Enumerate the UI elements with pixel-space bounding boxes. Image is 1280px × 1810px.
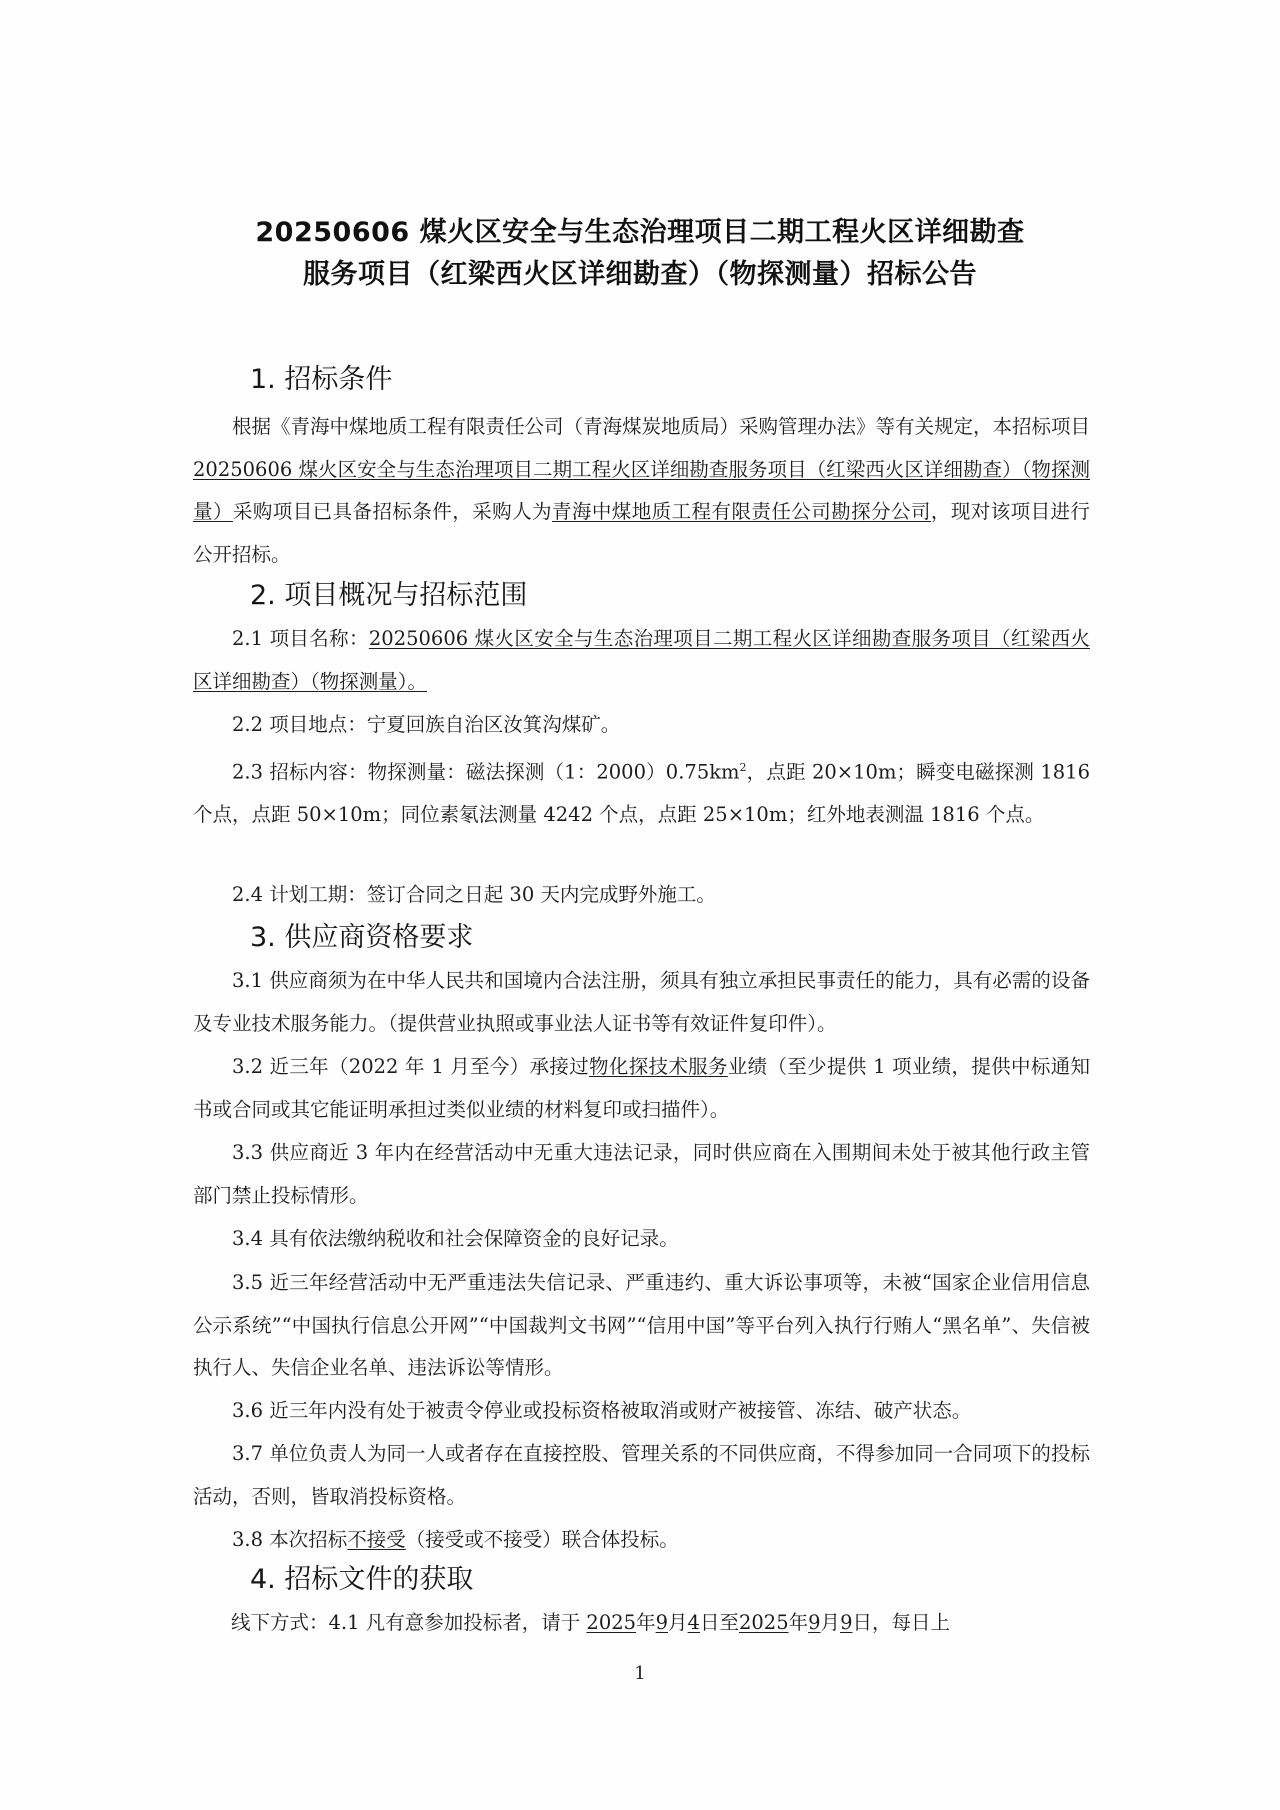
document-page: 20250606 煤火区安全与生态治理项目二期工程火区详细勘查 服务项目（红梁西… — [0, 0, 1280, 1810]
end-day: 9 — [840, 1611, 852, 1634]
section-3-heading: 3. 供应商资格要求 — [250, 920, 473, 956]
section-4-heading: 4. 招标文件的获取 — [250, 1562, 473, 1598]
section-2-item-3: 2.3 招标内容：物探测量：磁法探测（1：2000）0.75km2，点距 20×… — [193, 747, 1090, 837]
section-3-item-6: 3.6 近三年内没有处于被责令停业或投标资格被取消或财产被接管、冻结、破产状态。 — [193, 1390, 1090, 1433]
document-title: 20250606 煤火区安全与生态治理项目二期工程火区详细勘查 服务项目（红梁西… — [190, 212, 1090, 296]
section-3-item-8: 3.8 本次招标不接受（接受或不接受）联合体投标。 — [193, 1519, 1090, 1562]
title-line-1: 20250606 煤火区安全与生态治理项目二期工程火区详细勘查 — [190, 212, 1090, 254]
section-3-item-4: 3.4 具有依法缴纳税收和社会保障资金的良好记录。 — [193, 1218, 1090, 1261]
buyer-name-underlined: 青海中煤地质工程有限责任公司勘探分公司 — [552, 500, 931, 523]
page-number: 1 — [0, 1663, 1280, 1684]
start-month: 9 — [656, 1611, 668, 1634]
section-3-item-1: 3.1 供应商须为在中华人民共和国境内合法注册，须具有独立承担民事责任的能力，具… — [193, 960, 1090, 1045]
start-day: 4 — [688, 1611, 700, 1634]
section-3-item-5: 3.5 近三年经营活动中无严重违法失信记录、严重违约、重大诉讼事项等，未被“国家… — [193, 1262, 1090, 1390]
section-1-heading: 1. 招标条件 — [250, 362, 392, 398]
section-3-item-2: 3.2 近三年（2022 年 1 月至今）承接过物化探技术服务业绩（至少提供 1… — [193, 1046, 1090, 1131]
end-year: 2025 — [739, 1611, 789, 1634]
title-line-2: 服务项目（红梁西火区详细勘查）（物探测量）招标公告 — [190, 254, 1090, 296]
section-3-item-3: 3.3 供应商近 3 年内在经营活动中无重大违法记录，同时供应商在入围期间未处于… — [193, 1132, 1090, 1217]
section-2-item-2: 2.2 项目地点：宁夏回族自治区汝箕沟煤矿。 — [193, 704, 1090, 747]
section-2-item-4: 2.4 计划工期：签订合同之日起 30 天内完成野外施工。 — [193, 874, 1090, 917]
end-month: 9 — [808, 1611, 820, 1634]
section-1-paragraph: 根据《青海中煤地质工程有限责任公司（青海煤炭地质局）采购管理办法》等有关规定，本… — [193, 406, 1090, 576]
section-3-item-7: 3.7 单位负责人为同一人或者存在直接控股、管理关系的不同供应商，不得参加同一合… — [193, 1433, 1090, 1518]
section-2-item-1: 2.1 项目名称：20250606 煤火区安全与生态治理项目二期工程火区详细勘查… — [193, 618, 1090, 703]
start-year: 2025 — [586, 1611, 636, 1634]
section-2-heading: 2. 项目概况与招标范围 — [250, 578, 527, 614]
section-4-item-1: 线下方式：4.1 凡有意参加投标者，请于 2025年9月4日至2025年9月9日… — [193, 1602, 1090, 1645]
